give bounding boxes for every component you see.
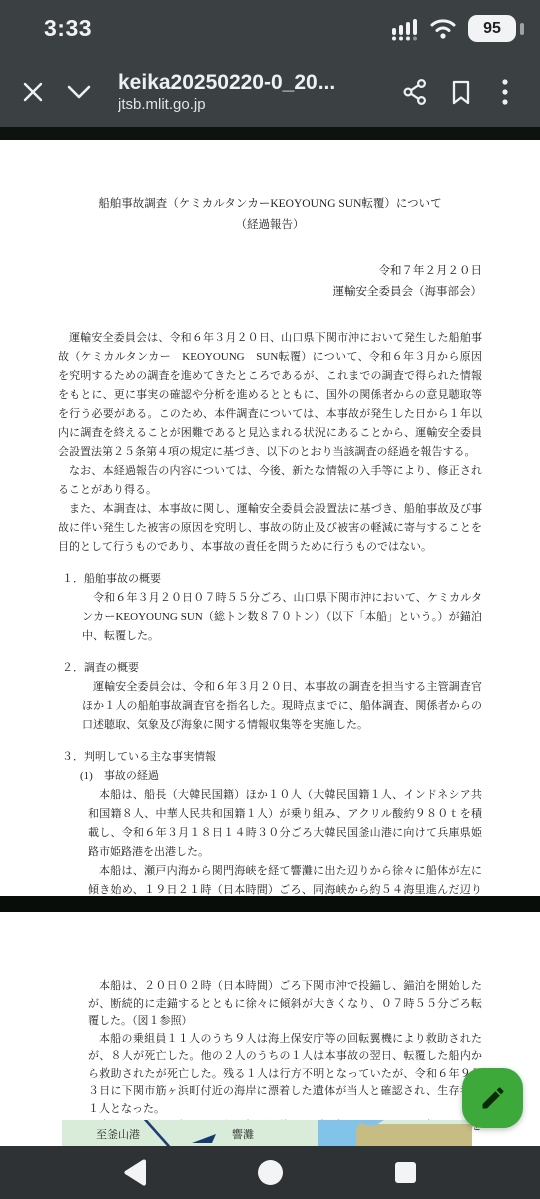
wifi-icon — [429, 17, 457, 40]
doc-section-heading: ３．判明している主な事実情報 — [62, 748, 482, 767]
back-button[interactable] — [107, 1146, 163, 1199]
close-button[interactable] — [16, 72, 50, 112]
doc-paragraph: 運輸安全委員会は、令和６年３月２０日、本事故の調査を担当する主管調査官ほか１人の… — [82, 678, 482, 735]
android-nav-bar — [0, 1146, 540, 1199]
doc-section-heading: １．船舶事故の概要 — [62, 570, 482, 589]
page-separator — [0, 896, 540, 912]
doc-subsection-heading: (1) 事故の経過 — [80, 767, 482, 786]
cell-signal-icon — [391, 17, 418, 41]
share-button[interactable] — [396, 70, 434, 114]
document-filename: keika20250220-0_20... — [118, 70, 396, 95]
doc-paragraph: また、本調査は、本事故に関し、運輸安全委員会設置法に基づき、船舶事故及び事故に伴… — [58, 500, 482, 557]
viewer-background-strip — [0, 127, 540, 140]
doc-date: 令和７年２月２０日 — [58, 261, 482, 282]
doc-paragraph: 本船の乗組員１１人のうち９人は海上保安庁等の回転翼機により救助されたが、８人が死… — [88, 1031, 482, 1119]
doc-paragraph: 本船は、２０日０２時（日本時間）ごろ下関市沖で投錨し、錨泊を開始したが、断続的に… — [88, 978, 482, 1031]
doc-paragraph: 運輸安全委員会は、令和６年３月２０日、山口県下関市沖において発生した船舶事故（ケ… — [58, 329, 482, 462]
pencil-icon — [479, 1084, 507, 1112]
pdf-scroll-area[interactable]: 船舶事故調査（ケミカルタンカーKEOYOUNG SUN転覆）について （経過報告… — [0, 140, 540, 1146]
battery-percent: 95 — [483, 20, 501, 38]
home-button[interactable] — [242, 1146, 298, 1199]
overflow-menu-button[interactable] — [486, 70, 524, 114]
doc-title-line2: （経過報告） — [58, 215, 482, 236]
recents-square-icon — [395, 1162, 416, 1183]
status-bar: 3:33 — [0, 0, 540, 57]
clock: 3:33 — [44, 15, 92, 42]
close-icon — [22, 81, 44, 103]
pdf-viewer-toolbar: keika20250220-0_20... jtsb.mlit.go.jp — [0, 57, 540, 127]
battery-cap — [520, 23, 524, 35]
bookmark-icon — [450, 79, 472, 106]
share-icon — [402, 78, 428, 106]
pdf-page-2: 本船は、２０日０２時（日本時間）ごろ下関市沖で投錨し、錨泊を開始したが、断続的に… — [0, 912, 540, 1146]
back-triangle-icon — [123, 1159, 147, 1186]
site-domain: jtsb.mlit.go.jp — [118, 95, 396, 114]
recents-button[interactable] — [377, 1146, 433, 1199]
doc-issuer: 運輸安全委員会（海事部会） — [58, 282, 482, 303]
doc-title-line1: 船舶事故調査（ケミカルタンカーKEOYOUNG SUN転覆）について — [58, 194, 482, 215]
document-title-block: keika20250220-0_20... jtsb.mlit.go.jp — [118, 70, 396, 114]
doc-paragraph: 本船は、船長（大韓民国籍）ほか１０人（大韓民国籍１人、インドネシア共和国籍８人、… — [88, 786, 482, 862]
chevron-down-icon — [67, 85, 91, 99]
map-graphic: 至釜山港 響灘 — [62, 1120, 472, 1146]
battery-indicator: 95 — [468, 15, 516, 42]
pdf-page-1: 船舶事故調査（ケミカルタンカーKEOYOUNG SUN転覆）について （経過報告… — [0, 140, 540, 896]
home-circle-icon — [258, 1160, 283, 1185]
doc-section-heading: ２．調査の概要 — [62, 659, 482, 678]
map-label-busan: 至釜山港 — [96, 1127, 140, 1141]
more-vert-icon — [502, 79, 508, 105]
edit-fab[interactable] — [462, 1068, 523, 1128]
collapse-button[interactable] — [62, 72, 96, 112]
doc-paragraph: なお、本経過報告の内容については、今後、新たな情報の入手等により、修正されること… — [58, 462, 482, 500]
figure1-map: 至釜山港 響灘 — [62, 1120, 472, 1146]
map-label-hibikinada: 響灘 — [232, 1127, 254, 1141]
phone-screen: 3:33 — [0, 0, 540, 1199]
bookmark-button[interactable] — [442, 70, 480, 114]
doc-paragraph: 令和６年３月２０日０７時５５分ごろ、山口県下関市沖において、ケミカルタンカーKE… — [82, 589, 482, 646]
